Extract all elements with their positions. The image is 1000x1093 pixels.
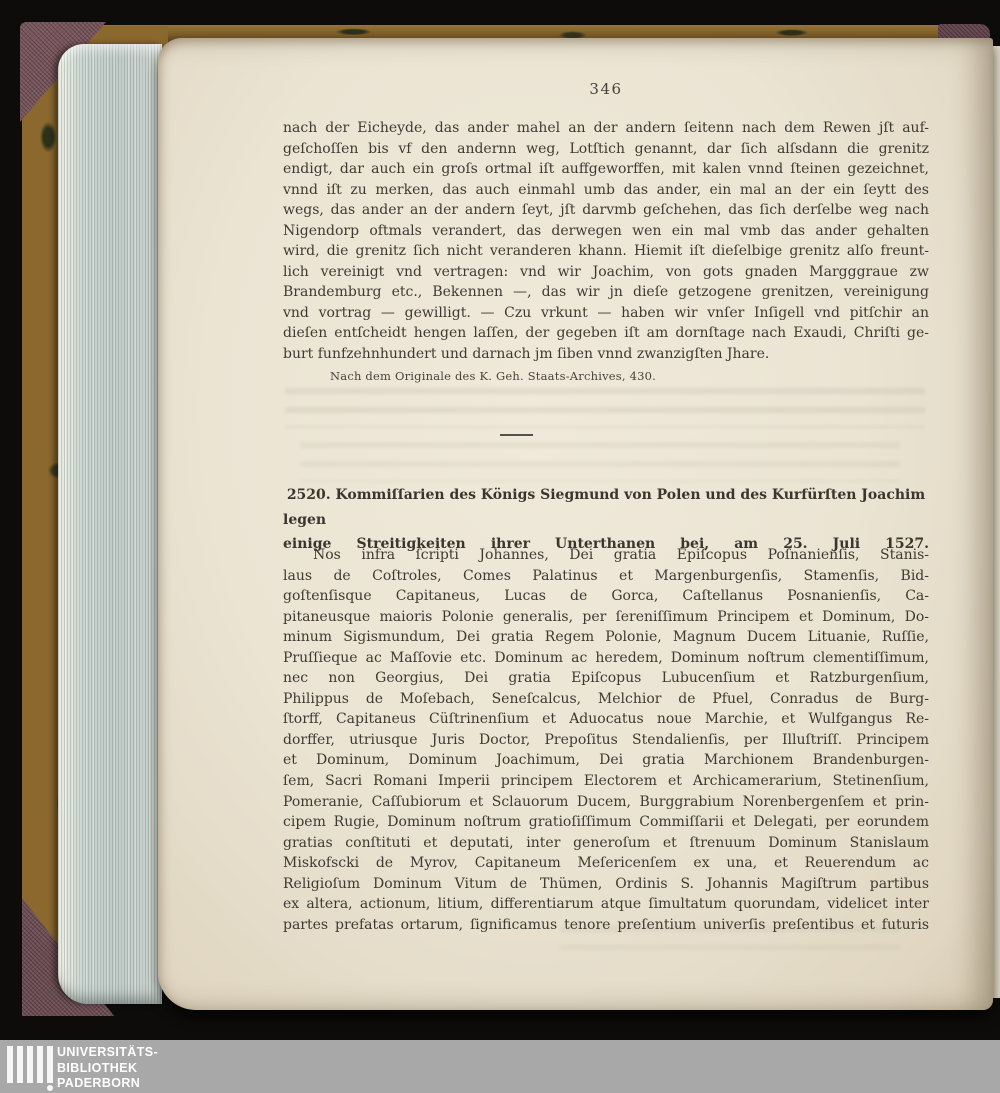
library-logo-bars-icon <box>7 1046 55 1092</box>
scanned-book-photo: 346 nach der Eicheyde, das ander mahel a… <box>0 0 1000 1093</box>
paragraph-german: nach der Eicheyde, das ander mahel an de… <box>283 118 929 365</box>
page-number: 346 <box>283 80 929 98</box>
library-name: UNIVERSITÄTS-BIBLIOTHEKPADERBORN <box>57 1045 158 1092</box>
paragraph-latin: Nos infra ſcripti Johannes, Dei gratia E… <box>283 545 929 935</box>
source-note: Nach dem Originale des K. Geh. Staats-Ar… <box>330 369 656 383</box>
library-watermark-bar: UNIVERSITÄTS-BIBLIOTHEKPADERBORN <box>0 1040 1000 1093</box>
section-divider-rule <box>500 434 533 436</box>
page-fore-edges <box>58 44 162 1004</box>
page-text-block: 346 nach der Eicheyde, das ander mahel a… <box>283 0 929 1010</box>
